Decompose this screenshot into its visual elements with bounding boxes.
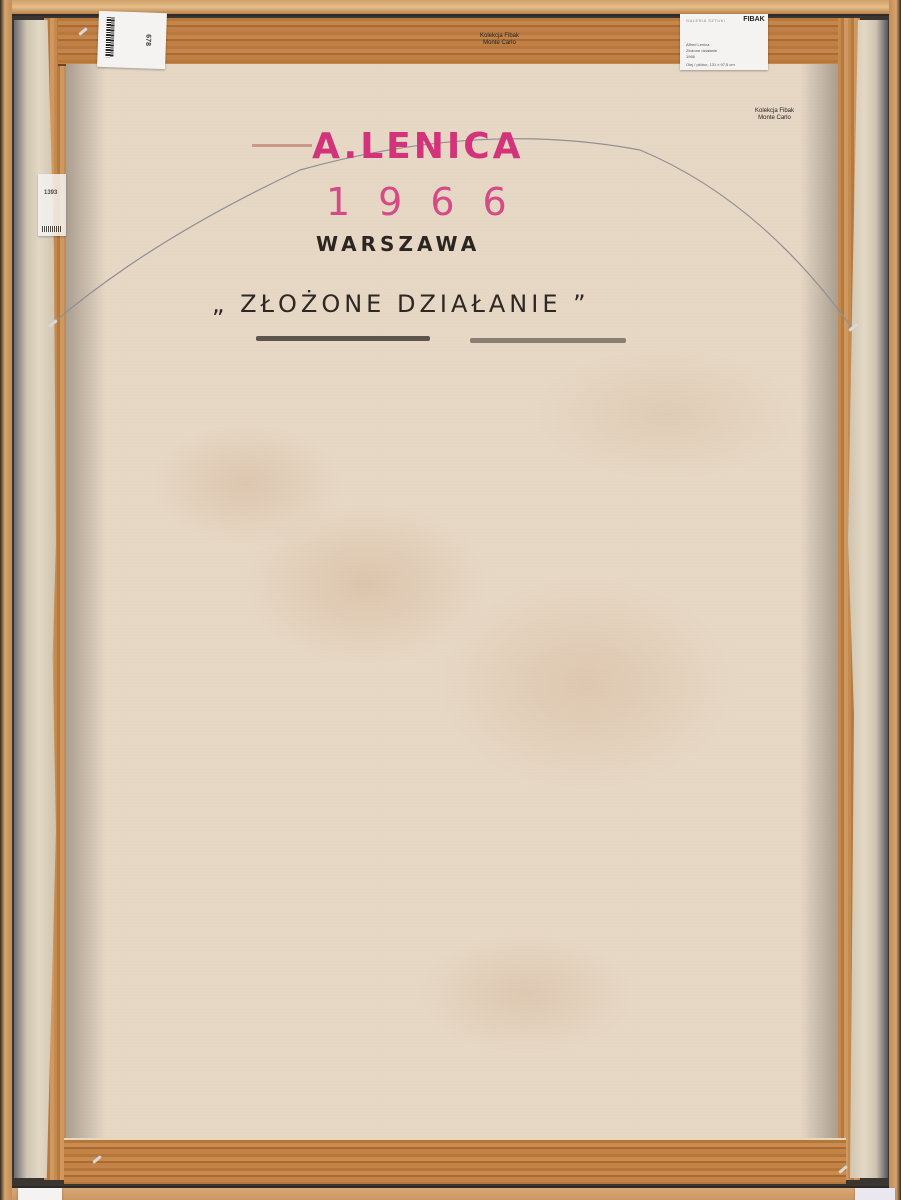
gallery-label-year: 1966 <box>686 54 695 59</box>
inventory-number: 1393 <box>44 190 57 196</box>
label-bottom-left <box>18 1188 62 1200</box>
gallery-label-title: Złożone działanie <box>686 48 717 53</box>
lot-label: 678 <box>97 11 167 69</box>
inventory-label: 1393 <box>38 174 66 236</box>
gallery-label: GALERIA SZTUKI FIBAK Alfred Lenica Złożo… <box>680 14 768 70</box>
label-bottom-right <box>855 1188 895 1200</box>
title-underline-2 <box>470 338 626 343</box>
barcode-icon <box>42 226 62 232</box>
red-pencil-mark <box>252 144 312 147</box>
gallery-label-dimensions: Olej / płótno, 131 x 97,5 cm <box>686 62 735 67</box>
artist-inscription: A.LENICA <box>312 126 524 167</box>
picture-frame: A.LENICA 1966 WARSZAWA „ ZŁOŻONE DZIAŁAN… <box>0 0 901 1200</box>
city-inscription: WARSZAWA <box>316 232 480 256</box>
gallery-label-header: GALERIA SZTUKI <box>686 18 725 23</box>
year-inscription: 1966 <box>326 180 535 224</box>
collection-stamp-top: Kolekcja Fibak Monte Carlo <box>480 33 519 47</box>
gallery-logo: FIBAK <box>742 16 766 36</box>
title-inscription: „ ZŁOŻONE DZIAŁANIE ” <box>212 290 590 318</box>
title-underline-1 <box>256 336 430 341</box>
gallery-label-artist: Alfred Lenica <box>686 42 709 47</box>
collection-stamp-canvas: Kolekcja Fibak Monte Carlo <box>755 108 794 122</box>
barcode-icon <box>105 17 114 57</box>
lot-number: 678 <box>144 34 151 46</box>
